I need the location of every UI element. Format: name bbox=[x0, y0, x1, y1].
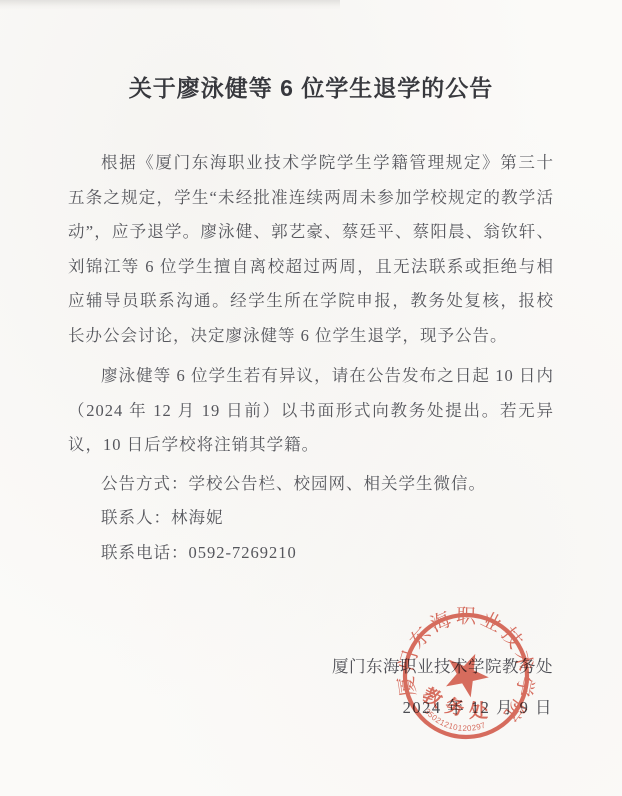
paragraph-contact-person: 联系人：林海妮 bbox=[68, 501, 554, 536]
scan-artifact bbox=[0, 0, 340, 10]
paragraph-contact-phone: 联系电话：0592-7269210 bbox=[68, 536, 554, 571]
signature-org: 厦门东海职业技术学院教务处 bbox=[332, 653, 553, 677]
paragraph-intro: 根据《厦门东海职业技术学院学生学籍管理规定》第三十五条之规定，学生“未经批准连续… bbox=[68, 146, 554, 353]
page-title: 关于廖泳健等 6 位学生退学的公告 bbox=[0, 70, 622, 103]
signature-date: 2024 年 12 月 9 日 bbox=[403, 694, 553, 718]
document-page: 关于廖泳健等 6 位学生退学的公告 根据《厦门东海职业技术学院学生学籍管理规定》… bbox=[0, 0, 622, 796]
paragraph-announce-method: 公告方式：学校公告栏、校园网、相关学生微信。 bbox=[68, 467, 554, 502]
document-body: 根据《厦门东海职业技术学院学生学籍管理规定》第三十五条之规定，学生“未经批准连续… bbox=[68, 146, 554, 570]
paragraph-objection: 廖泳健等 6 位学生若有异议，请在公告发布之日起 10 日内（2024 年 12… bbox=[68, 359, 554, 463]
